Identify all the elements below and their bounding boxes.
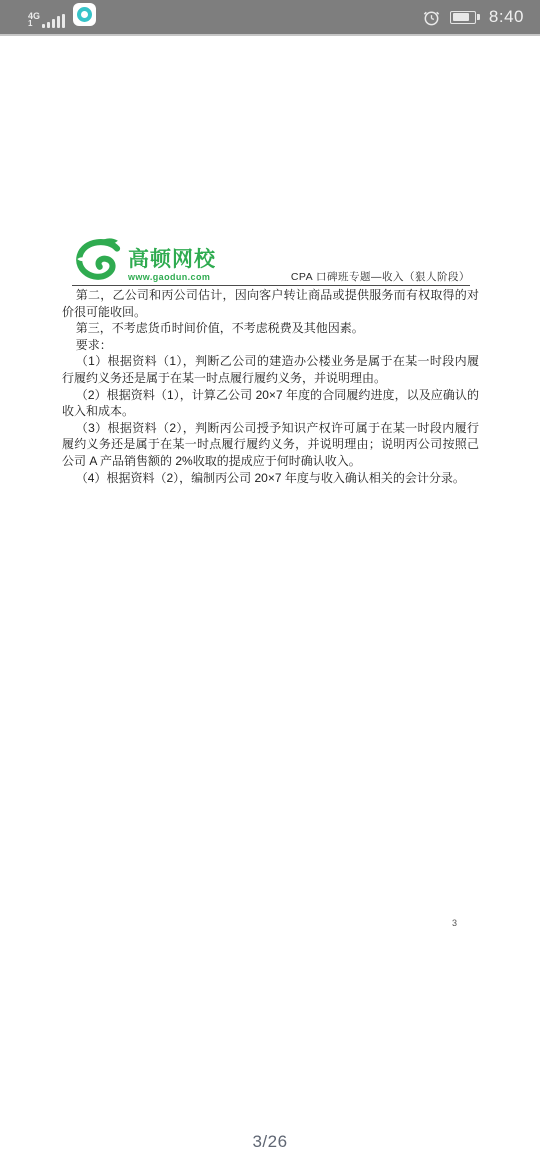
paragraph: （1）根据资料（1），判断乙公司的建造办公楼业务是属于在某一时段内履行履约义务还… bbox=[62, 353, 479, 386]
document-page[interactable]: 高顿网校 www.gaodun.com CPA 口碑班专题—收入（狠人阶段） 第… bbox=[0, 38, 540, 1128]
status-bar: 4G 1 8:40 bbox=[0, 0, 540, 36]
paragraph: 第二，乙公司和丙公司估计，因向客户转让商品或提供服务而有权取得的对价很可能收回。 bbox=[62, 287, 479, 320]
signal-indicator: 4G 1 bbox=[28, 0, 96, 34]
sim-index-text: 1 bbox=[28, 20, 40, 28]
signal-bars-icon bbox=[42, 14, 65, 28]
clock-time-label: 8:40 bbox=[489, 7, 524, 27]
paragraph: （4）根据资料（2），编制丙公司 20×7 年度与收入确认相关的会计分录。 bbox=[62, 470, 479, 487]
network-type-label: 4G 1 bbox=[28, 12, 40, 28]
paragraph: （3）根据资料（2），判断丙公司授予知识产权许可属于在某一时段内履行履约义务还是… bbox=[62, 420, 479, 470]
paragraph: 第三，不考虑货币时间价值，不考虑税费及其他因素。 bbox=[62, 320, 479, 337]
gaodun-logo: 高顿网校 www.gaodun.com bbox=[72, 236, 216, 282]
logo-title: 高顿网校 bbox=[128, 249, 216, 270]
alarm-clock-icon bbox=[422, 8, 441, 27]
document-header: 高顿网校 www.gaodun.com CPA 口碑班专题—收入（狠人阶段） bbox=[72, 228, 470, 278]
page-number: 3 bbox=[452, 918, 457, 928]
paragraph: 要求： bbox=[62, 337, 479, 354]
logo-url: www.gaodun.com bbox=[128, 273, 216, 282]
header-rule bbox=[72, 285, 470, 286]
logo-swirl-icon bbox=[72, 236, 124, 282]
battery-icon bbox=[450, 11, 480, 24]
paragraph: （2）根据资料（1），计算乙公司 20×7 年度的合同履约进度，以及应确认的收入… bbox=[62, 387, 479, 420]
header-course-label: CPA 口碑班专题—收入（狠人阶段） bbox=[291, 269, 470, 284]
teal-ring-icon bbox=[77, 7, 92, 22]
notification-app-icon bbox=[73, 3, 96, 26]
page-indicator: 3/26 bbox=[0, 1132, 540, 1152]
body-text: 第二，乙公司和丙公司估计，因向客户转让商品或提供服务而有权取得的对价很可能收回。… bbox=[62, 287, 479, 486]
